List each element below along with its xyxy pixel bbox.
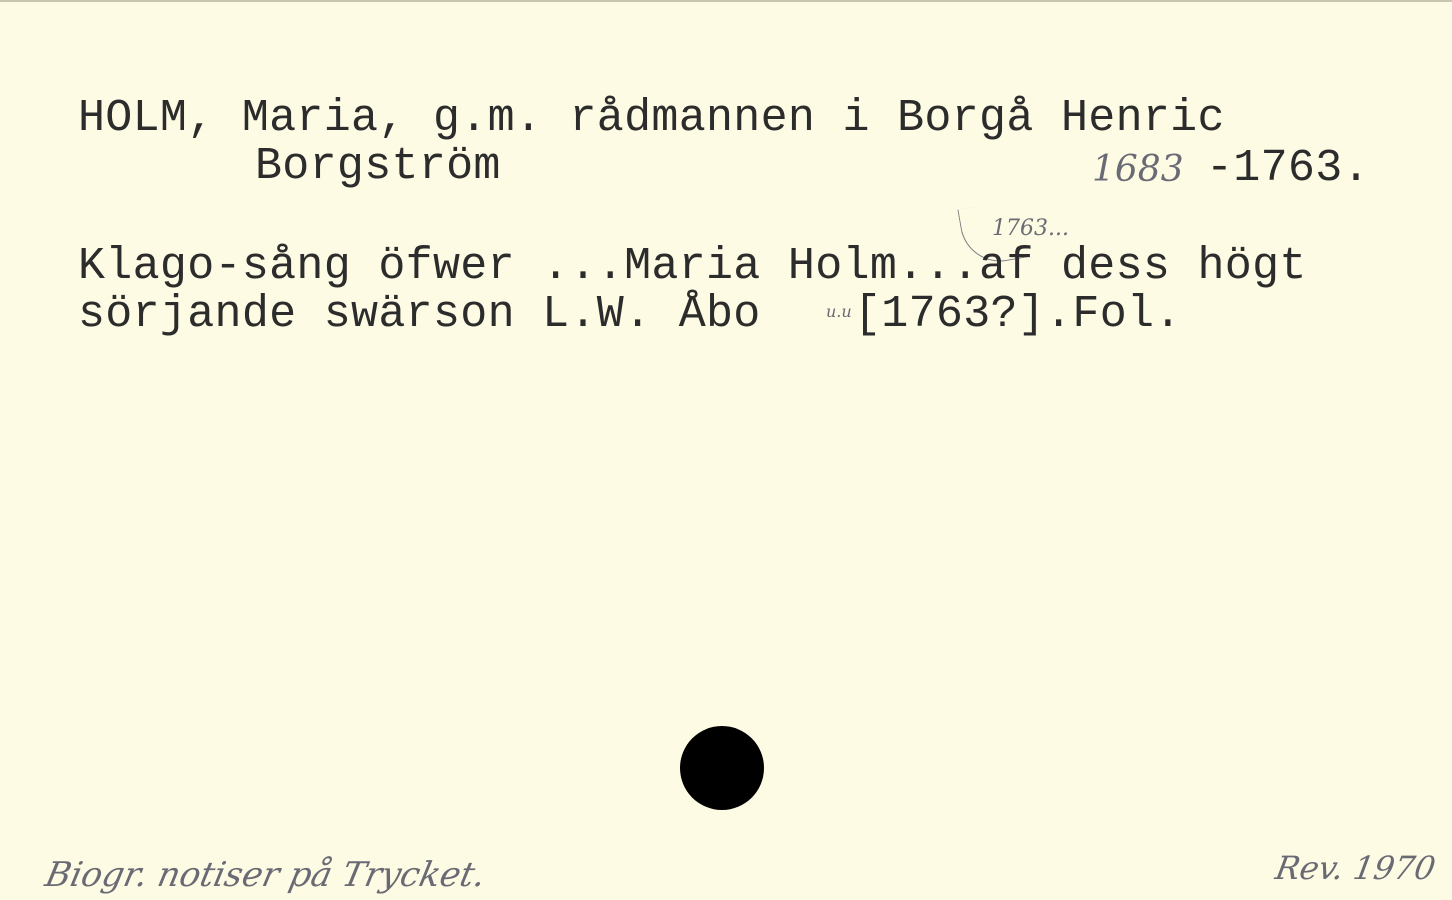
footer-note-left: Biogr. notiser på Trycket. <box>42 858 488 892</box>
entry-line-2: sörjande swärson L.W. Åbo <box>78 292 761 337</box>
birth-year-handwritten: 1683 <box>1092 152 1184 188</box>
catalog-card: HOLM, Maria, g.m. rådmannen i Borgå Henr… <box>0 0 1452 900</box>
footer-note-right: Rev. 1970 <box>1273 852 1438 884</box>
annotation-handwritten: 1763... <box>992 218 1069 240</box>
heading-line-2-name: Borgström <box>255 144 501 189</box>
death-year: -1763. <box>1206 146 1370 191</box>
entry-line-1: Klago-sång öfwer ...Maria Holm...af dess… <box>78 244 1307 289</box>
entry-line-2-tail: [1763?].Fol. <box>854 292 1182 337</box>
heading-line-1: HOLM, Maria, g.m. rådmannen i Borgå Henr… <box>78 96 1225 141</box>
annotation-small: u.u <box>826 304 852 320</box>
punch-hole <box>680 726 764 810</box>
